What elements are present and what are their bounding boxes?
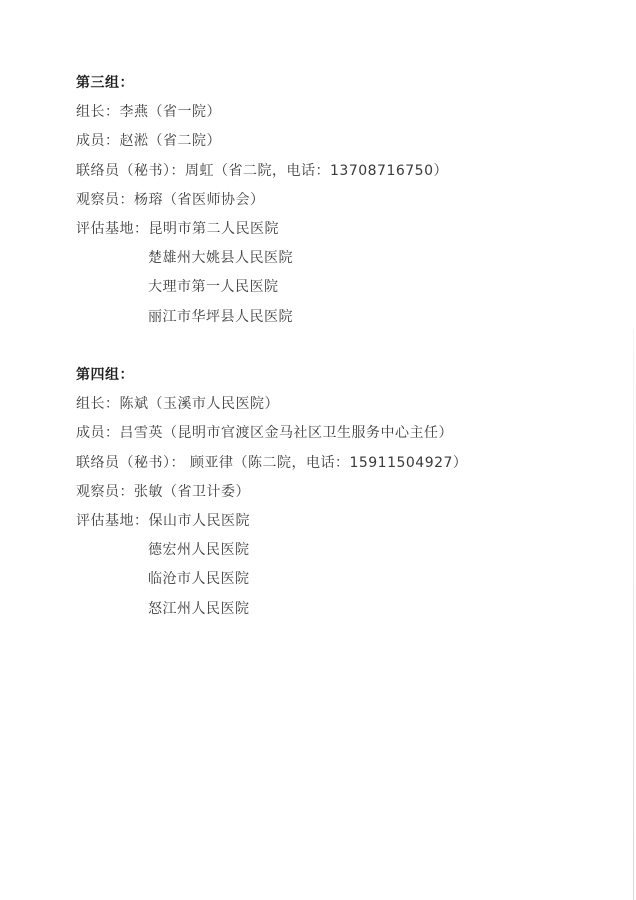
observer-line: 观察员：张敏（省卫计委） — [76, 481, 467, 510]
group-title: 第三组： — [76, 72, 448, 101]
base-item: 保山市人民医院 — [149, 513, 251, 529]
leader-line: 组长：陈斌（玉溪市人民医院） — [76, 393, 467, 422]
base-item: 临沧市人民医院 — [76, 568, 467, 597]
observer-value: 杨瑢（省医师协会） — [134, 192, 265, 208]
observer-value: 张敏（省卫计委） — [134, 484, 250, 500]
bases-line: 评估基地：昆明市第二人民医院 — [76, 218, 448, 247]
base-item: 昆明市第二人民医院 — [149, 221, 280, 237]
leader-label: 组长： — [76, 104, 120, 120]
observer-label: 观察员： — [76, 484, 134, 500]
bases-label: 评估基地： — [76, 221, 149, 237]
bases-line: 评估基地：保山市人民医院 — [76, 510, 467, 539]
member-line: 成员：赵淞（省二院） — [76, 130, 448, 159]
liaison-line: 联络员（秘书）：周虹（省二院，电话：13708716750） — [76, 160, 448, 189]
group-title: 第四组： — [76, 364, 467, 393]
member-line: 成员：吕雪英（昆明市官渡区金马社区卫生服务中心主任） — [76, 422, 467, 451]
leader-label: 组长： — [76, 396, 120, 412]
member-value: 吕雪英（昆明市官渡区金马社区卫生服务中心主任） — [120, 425, 454, 441]
liaison-label: 联络员（秘书）： — [76, 163, 185, 179]
group-4-section: 第四组： 组长：陈斌（玉溪市人民医院） 成员：吕雪英（昆明市官渡区金马社区卫生服… — [76, 364, 467, 627]
liaison-label: 联络员（秘书）： — [76, 455, 185, 471]
liaison-line: 联络员（秘书）： 顾亚律（陈二院，电话：15911504927） — [76, 452, 467, 481]
liaison-value: 顾亚律（陈二院，电话：15911504927） — [185, 455, 467, 471]
base-item: 丽江市华坪县人民医院 — [76, 306, 448, 335]
page-edge-shadow — [633, 330, 634, 900]
observer-label: 观察员： — [76, 192, 134, 208]
member-label: 成员： — [76, 425, 120, 441]
bases-label: 评估基地： — [76, 513, 149, 529]
base-item: 楚雄州大姚县人民医院 — [76, 247, 448, 276]
liaison-value: 周虹（省二院，电话：13708716750） — [185, 163, 448, 179]
member-value: 赵淞（省二院） — [120, 133, 222, 149]
member-label: 成员： — [76, 133, 120, 149]
leader-value: 李燕（省一院） — [120, 104, 222, 120]
leader-value: 陈斌（玉溪市人民医院） — [120, 396, 280, 412]
base-item: 德宏州人民医院 — [76, 539, 467, 568]
group-3-section: 第三组： 组长：李燕（省一院） 成员：赵淞（省二院） 联络员（秘书）：周虹（省二… — [76, 72, 448, 335]
observer-line: 观察员：杨瑢（省医师协会） — [76, 189, 448, 218]
base-item: 大理市第一人民医院 — [76, 276, 448, 305]
leader-line: 组长：李燕（省一院） — [76, 101, 448, 130]
base-item: 怒江州人民医院 — [76, 598, 467, 627]
